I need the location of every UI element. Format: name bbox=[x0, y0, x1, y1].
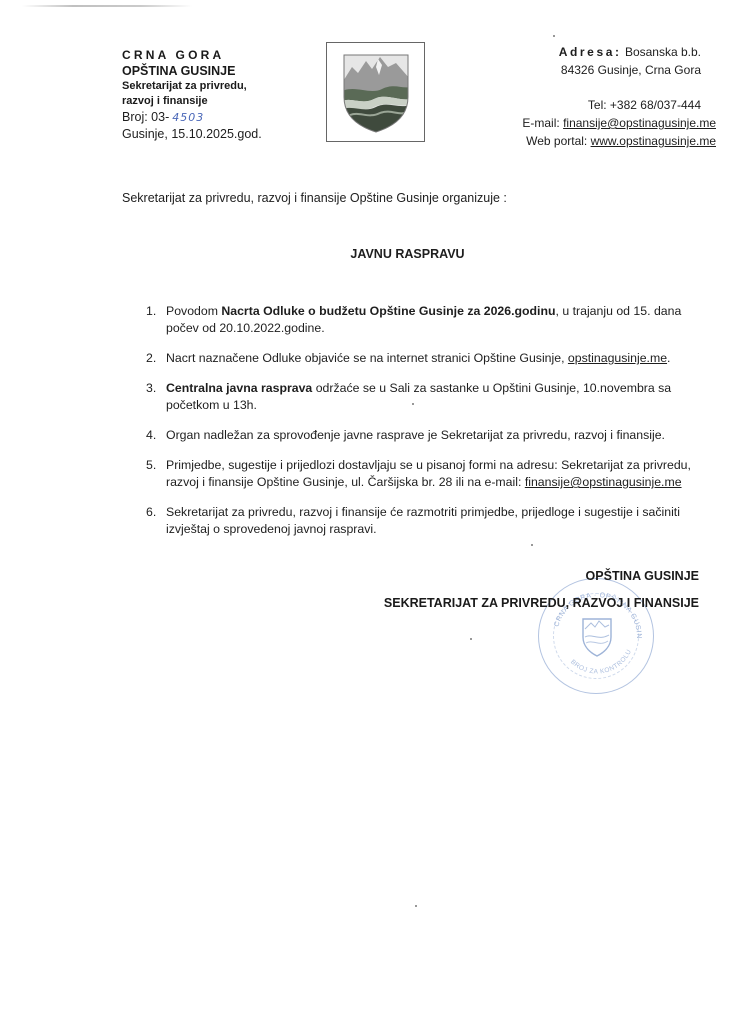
document-date: Gusinje, 15.10.2025.god. bbox=[122, 126, 262, 143]
address-line-2: 84326 Gusinje, Crna Gora bbox=[480, 61, 701, 79]
email-link[interactable]: finansije@opstinagusinje.me bbox=[563, 116, 716, 130]
scan-speck bbox=[470, 638, 472, 640]
list-item: 5. Primjedbe, sugestije i prijedlozi dos… bbox=[146, 457, 706, 491]
signature-block: OPŠTINA GUSINJE SEKRETARIJAT ZA PRIVREDU… bbox=[384, 563, 699, 617]
municipal-coat-of-arms-icon bbox=[342, 53, 410, 133]
document-title: JAVNU RASPRAVU bbox=[0, 247, 745, 261]
department-line-2: razvoj i finansije bbox=[122, 94, 262, 109]
reference-number: Broj: 03-4503 bbox=[122, 109, 262, 126]
municipality-name: OPŠTINA GUSINJE bbox=[122, 63, 262, 79]
signature-municipality: OPŠTINA GUSINJE bbox=[384, 563, 699, 590]
country-name: CRNA GORA bbox=[122, 47, 262, 63]
announcement-list: 1. Povodom Nacrta Odluke o budžetu Opšti… bbox=[146, 303, 706, 551]
web-line: Web portal: www.opstinagusinje.me bbox=[480, 132, 716, 150]
letterhead-left: CRNA GORA OPŠTINA GUSINJE Sekretarijat z… bbox=[122, 47, 262, 143]
scan-speck bbox=[531, 544, 533, 546]
department-line-1: Sekretarijat za privredu, bbox=[122, 79, 262, 94]
signature-department: SEKRETARIJAT ZA PRIVREDU, RAZVOJ I FINAN… bbox=[384, 590, 699, 617]
list-item: 1. Povodom Nacrta Odluke o budžetu Opšti… bbox=[146, 303, 706, 337]
address-line-1: Adresa: Bosanska b.b. bbox=[480, 43, 701, 61]
list-item: 4. Organ nadležan za sprovođenje javne r… bbox=[146, 427, 706, 444]
scan-speck bbox=[553, 35, 555, 37]
list-item: 6. Sekretarijat za privredu, razvoj i fi… bbox=[146, 504, 706, 538]
intro-paragraph: Sekretarijat za privredu, razvoj i finan… bbox=[122, 191, 507, 205]
web-link[interactable]: www.opstinagusinje.me bbox=[591, 134, 716, 148]
crest-frame bbox=[326, 42, 425, 142]
phone-number: Tel: +382 68/037-444 bbox=[480, 96, 701, 114]
address-label: Adresa: bbox=[559, 45, 622, 59]
submission-email-link[interactable]: finansije@opstinagusinje.me bbox=[525, 475, 682, 489]
scan-speck bbox=[412, 403, 414, 405]
email-line: E-mail: finansije@opstinagusinje.me bbox=[480, 114, 716, 132]
scan-artifact bbox=[22, 5, 192, 7]
reference-handwritten: 4503 bbox=[172, 111, 204, 124]
scan-speck bbox=[415, 905, 417, 907]
svg-text:BROJ ZA KONTROLU: BROJ ZA KONTROLU bbox=[569, 648, 633, 675]
list-item: 3. Centralna javna rasprava održaće se u… bbox=[146, 380, 706, 414]
list-item: 2. Nacrt naznačene Odluke objaviće se na… bbox=[146, 350, 706, 367]
letterhead-right: Adresa: Bosanska b.b. 84326 Gusinje, Crn… bbox=[480, 43, 716, 150]
reference-label: Broj: 03- bbox=[122, 110, 169, 124]
website-link[interactable]: opstinagusinje.me bbox=[568, 351, 667, 365]
